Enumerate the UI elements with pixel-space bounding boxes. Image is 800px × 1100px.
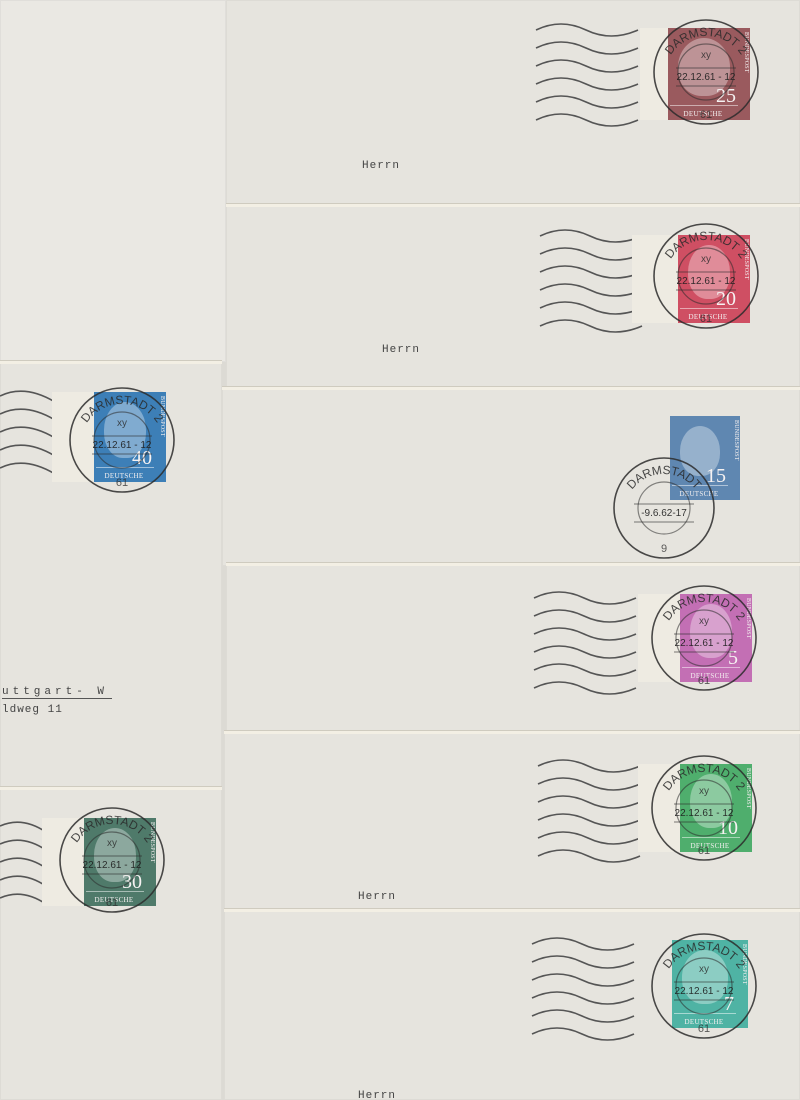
wavy-cancel-icon [530, 934, 640, 1044]
stamp-country: DEUTSCHE [680, 842, 740, 850]
stamp-selvage [632, 235, 678, 323]
postage-stamp-30: 30 DEUTSCHE BUNDESPOST [84, 818, 156, 906]
stamp-value: 30 [122, 871, 142, 894]
stamp-selvage [638, 764, 680, 852]
stamp-issuer: BUNDESPOST [145, 822, 155, 900]
stamp-value: 25 [716, 85, 736, 108]
postage-stamp-5: 5 DEUTSCHE BUNDESPOST [680, 594, 752, 682]
stamp-selvage [42, 818, 84, 906]
stamp-value: 40 [132, 447, 152, 470]
envelope-blank-top-left [0, 0, 226, 362]
stamp-value: 7 [724, 993, 734, 1016]
postage-stamp-10: 10 DEUTSCHE BUNDESPOST [680, 764, 752, 852]
stamp-selvage [640, 28, 668, 120]
stamp-value: 20 [716, 288, 736, 311]
stamp-value: 10 [718, 817, 738, 840]
address-line-2: ldweg 11 [2, 704, 63, 716]
stamp-country: DEUTSCHE [680, 672, 740, 680]
portrait-icon [690, 604, 732, 658]
portrait-icon [682, 950, 728, 1004]
stamp-country: DEUTSCHE [670, 490, 728, 498]
stamp-issuer: BUNDESPOST [739, 32, 749, 114]
wavy-cancel-icon [534, 20, 644, 130]
stamp-issuer: BUNDESPOST [741, 598, 751, 676]
stamp-country: DEUTSCHE [84, 896, 144, 904]
stamp-issuer: BUNDESPOST [737, 944, 747, 1022]
stamp-issuer: BUNDESPOST [729, 420, 739, 494]
address-herrn-4: Herrn [358, 1090, 396, 1100]
address-herrn-3: Herrn [358, 891, 396, 903]
wavy-cancel-icon [532, 588, 642, 698]
stamp-country: DEUTSCHE [94, 472, 154, 480]
stamp-issuer: BUNDESPOST [155, 396, 165, 476]
postage-stamp-7: 7 DEUTSCHE BUNDESPOST [672, 940, 748, 1028]
stamp-value: 5 [728, 647, 738, 670]
stamp-country: DEUTSCHE [672, 1018, 736, 1026]
address-herrn-2: Herrn [382, 344, 420, 356]
address-herrn-1: Herrn [362, 160, 400, 172]
stamp-value: 15 [706, 465, 726, 488]
wavy-cancel-icon [0, 388, 60, 488]
stamp-selvage [52, 392, 94, 482]
stamp-issuer: BUNDESPOST [741, 768, 751, 846]
postage-stamp-20: 20 DEUTSCHE BUNDESPOST [678, 235, 750, 323]
postage-stamp-40: 40 DEUTSCHE BUNDESPOST [94, 392, 166, 482]
stamp-country: DEUTSCHE [668, 110, 738, 118]
stamp-selvage [638, 594, 680, 682]
stamp-country: DEUTSCHE [678, 313, 738, 321]
address-line-1: uttgart- W [2, 686, 112, 699]
wavy-cancel-icon [536, 756, 646, 866]
postage-stamp-25: 25 DEUTSCHE BUNDESPOST [668, 28, 750, 120]
stamp-issuer: BUNDESPOST [739, 239, 749, 317]
postage-stamp-15: 15 DEUTSCHE BUNDESPOST [670, 416, 740, 500]
